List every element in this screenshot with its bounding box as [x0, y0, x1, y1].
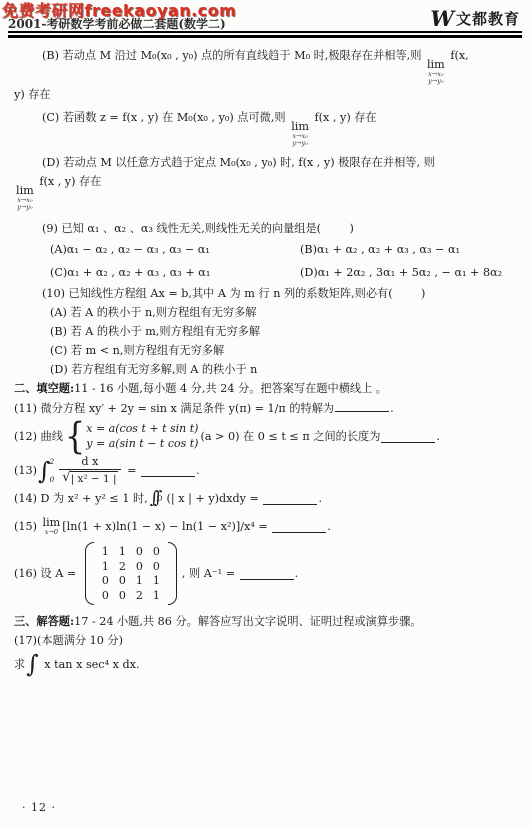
- q9-option-a: (A)α₁ − α₂ , α₂ − α₃ , α₃ − α₁: [50, 241, 300, 258]
- integral-glyph: ∫: [26, 651, 39, 677]
- matrix-cell: 0: [131, 560, 148, 574]
- q12-line: (12) 曲线 { x = a(cos t + t sin t) y = a(s…: [14, 421, 520, 451]
- q11-answer-blank: [335, 399, 389, 412]
- lim-word: lim: [43, 517, 61, 529]
- q8-option-d-line2: lim x→x₀ y→y₀ f(x , y) 存在: [14, 173, 520, 210]
- section2-heading: 二、填空题:11 - 16 小题,每小题 4 分,共 24 分。把答案写在题中横…: [14, 380, 520, 397]
- section2-title: 二、填空题:: [14, 381, 74, 395]
- page-number: · 12 ·: [22, 799, 56, 816]
- matrix-cell: 0: [131, 545, 148, 559]
- matrix-cell: 2: [131, 589, 148, 603]
- matrix-cells: 1 1 0 0 1 2 0 0 0 0 1 1 0 0 2 1: [94, 542, 168, 605]
- matrix-cell: 0: [114, 574, 131, 588]
- q12-equation-y: y = a(sin t − t cos t): [86, 436, 198, 451]
- q10-option-b: (B) 若 A 的秩小于 m,则方程组有无穷多解: [14, 323, 520, 340]
- divider-line-thick: [8, 35, 522, 38]
- q14-line: (14) D 为 x² + y² ≤ 1 时, ∫∫ D (| x | + y)…: [14, 488, 520, 508]
- q13-equals: =: [124, 462, 141, 479]
- q15-label: (15): [14, 518, 41, 535]
- lim-sub-y: y→y₀: [292, 140, 307, 147]
- q15-expression: [ln(1 + x)ln(1 − x) − ln(1 − x²)]/x⁴ =: [62, 518, 271, 535]
- q16-matrix: 1 1 0 0 1 2 0 0 0 0 1 1 0 0 2 1: [85, 542, 177, 605]
- matrix-cell: 1: [148, 589, 165, 603]
- matrix-cell: 0: [97, 589, 114, 603]
- q11-period: .: [390, 402, 394, 415]
- q11-line: (11) 微分方程 xy′ + 2y = sin x 满足条件 y(π) = 1…: [14, 399, 520, 417]
- q9-stem: (9) 已知 α₁ 、α₂ 、α₃ 线性无关,则线性无关的向量组是( ): [14, 220, 520, 237]
- watermark-text: 免费考研网freekaoyan.com: [2, 2, 236, 19]
- q8-option-d-tail: f(x , y) 存在: [39, 175, 101, 188]
- q12-period: .: [436, 428, 440, 445]
- q12-parametric-system: { x = a(cos t + t sin t) y = a(sin t − t…: [65, 421, 199, 451]
- q14-answer-blank: [263, 492, 317, 505]
- q8-option-b-text: (B) 若动点 M 沿过 M₀(x₀ , y₀) 点的所有直线趋于 M₀ 时,极…: [42, 49, 421, 62]
- matrix-cell: 1: [131, 574, 148, 588]
- matrix-cell: 1: [97, 560, 114, 574]
- matrix-cell: 0: [148, 560, 165, 574]
- q8-option-c-line: (C) 若函数 z = f(x , y) 在 M₀(x₀ , y₀) 点可微,则…: [14, 109, 520, 146]
- matrix-cell: 2: [114, 560, 131, 574]
- section3-heading: 三、解答题:17 - 24 小题,共 86 分。解答应写出文字说明、证明过程或演…: [14, 613, 520, 630]
- lim-sub-x0: x→0: [45, 529, 58, 536]
- matrix-cell: 0: [97, 574, 114, 588]
- q12-answer-blank: [381, 430, 435, 443]
- section3-title: 三、解答题:: [14, 614, 74, 628]
- q8-option-b-line1: (B) 若动点 M 沿过 M₀(x₀ , y₀) 点的所有直线趋于 M₀ 时,极…: [14, 47, 520, 84]
- integral-lower-bound: 0: [49, 476, 54, 484]
- q16-period: .: [295, 565, 299, 582]
- q15-line: (15) lim x→0 [ln(1 + x)ln(1 − x) − ln(1 …: [14, 516, 520, 536]
- q9-option-d: (D)α₁ + 2α₂ , 3α₁ + 5α₂ , − α₁ + 8α₂: [300, 264, 502, 281]
- q17-expression: x tan x sec⁴ x dx.: [41, 656, 140, 673]
- q17-text: 求: [14, 656, 25, 673]
- matrix-cell: 1: [114, 545, 131, 559]
- q9-option-c: (C)α₁ + α₂ , α₂ + α₃ , α₃ + α₁: [50, 264, 300, 281]
- q14-text: (14) D 为 x² + y² ≤ 1 时,: [14, 490, 148, 507]
- matrix-cell: 1: [97, 545, 114, 559]
- q16-text: (16) 设 A =: [14, 565, 80, 582]
- q12-equation-x: x = a(cos t + t sin t): [86, 421, 198, 436]
- q10-option-a: (A) 若 A 的秩小于 n,则方程组有无穷多解: [14, 304, 520, 321]
- lim-sub-y: y→y₀: [17, 204, 32, 211]
- exam-body: (B) 若动点 M 沿过 M₀(x₀ , y₀) 点的所有直线趋于 M₀ 时,极…: [14, 47, 520, 677]
- q16-line: (16) 设 A = 1 1 0 0 1 2 0 0 0 0 1 1 0: [14, 542, 520, 605]
- brace-symbol: {: [65, 419, 85, 454]
- q12-text-tail: (a > 0) 在 0 ≤ t ≤ π 之间的长度为: [200, 428, 380, 445]
- q8-option-c-text: (C) 若函数 z = f(x , y) 在 M₀(x₀ , y₀) 点可微,则: [42, 111, 286, 124]
- q13-fraction: d x √ | x² − 1 |: [59, 455, 120, 486]
- q12-text: (12) 曲线: [14, 428, 63, 445]
- wendu-logo-icon: W: [430, 9, 452, 29]
- q9-option-b: (B)α₁ + α₂ , α₂ + α₃ , α₃ − α₁: [300, 241, 460, 258]
- limit-symbol: lim x→x₀ y→y₀: [16, 185, 34, 210]
- integral-symbol: ∫: [26, 651, 39, 677]
- matrix-cell: 0: [148, 545, 165, 559]
- q17-header: (17)(本题满分 10 分): [14, 632, 520, 649]
- q13-line: (13) ∫ 2 0 d x √ | x² − 1 | = .: [14, 455, 520, 486]
- q16-text-tail: , 则 A⁻¹ =: [182, 565, 239, 582]
- q10-option-d: (D) 若方程组有无穷多解,则 A 的秩小于 n: [14, 361, 520, 378]
- q10-stem: (10) 已知线性方程组 Ax = b,其中 A 为 m 行 n 列的系数矩阵,…: [14, 285, 520, 302]
- q14-period: .: [318, 490, 322, 507]
- q14-expression: (| x | + y)dxdy =: [167, 490, 263, 507]
- limit-symbol: lim x→x₀ y→y₀: [291, 121, 309, 146]
- q9-options-row1: (A)α₁ − α₂ , α₂ − α₃ , α₃ − α₁ (B)α₁ + α…: [14, 241, 520, 258]
- matrix-cell: 1: [148, 574, 165, 588]
- q8-option-b-tail: f(x,: [450, 49, 468, 62]
- sqrt-radicand: | x² − 1 |: [70, 471, 118, 486]
- integral-bounds: 2 0: [49, 458, 54, 484]
- matrix-cell: 0: [114, 589, 131, 603]
- q10-option-c: (C) 若 m < n,则方程组有无穷多解: [14, 342, 520, 359]
- q8-option-d-line1: (D) 若动点 M 以任意方式趋于定点 M₀(x₀ , y₀) 时, f(x ,…: [14, 154, 520, 171]
- q11-text: (11) 微分方程 xy′ + 2y = sin x 满足条件 y(π) = 1…: [14, 402, 334, 415]
- q9-options-row2: (C)α₁ + α₂ , α₂ + α₃ , α₃ + α₁ (D)α₁ + 2…: [14, 264, 520, 281]
- brand-name: 文都教育: [456, 11, 520, 28]
- limit-symbol: lim x→0: [43, 517, 61, 536]
- q17-line: 求 ∫ x tan x sec⁴ x dx.: [14, 651, 520, 677]
- scanned-exam-page: 免费考研网freekaoyan.com 2001-考研数学考前必做二套题(数学二…: [0, 0, 530, 828]
- fraction-denominator: √ | x² − 1 |: [59, 469, 120, 486]
- lim-sub-y: y→y₀: [428, 78, 443, 85]
- integral-symbol: ∫ 2 0: [38, 458, 54, 484]
- section2-instructions: 11 - 16 小题,每小题 4 分,共 24 分。把答案写在题中横线上 。: [74, 382, 387, 395]
- limit-symbol: lim x→x₀ y→y₀: [427, 59, 445, 84]
- q13-period: .: [196, 462, 200, 479]
- brand-logo: W 文都教育: [430, 9, 520, 29]
- q8-option-b-line2: y) 存在: [14, 86, 520, 103]
- matrix-right-paren: [168, 542, 177, 605]
- matrix-left-paren: [85, 542, 94, 605]
- q15-period: .: [327, 518, 331, 535]
- integral-upper-bound: 2: [49, 458, 54, 466]
- section3-instructions: 17 - 24 小题,共 86 分。解答应写出文字说明、证明过程或演算步骤。: [74, 615, 422, 628]
- q13-label: (13): [14, 462, 37, 479]
- q16-answer-blank: [240, 567, 294, 580]
- q8-option-c-tail: f(x , y) 存在: [315, 111, 377, 124]
- q12-equations: x = a(cos t + t sin t) y = a(sin t − t c…: [86, 421, 198, 451]
- q15-answer-blank: [272, 520, 326, 533]
- q13-answer-blank: [141, 464, 195, 477]
- double-integral-domain: D: [157, 490, 163, 507]
